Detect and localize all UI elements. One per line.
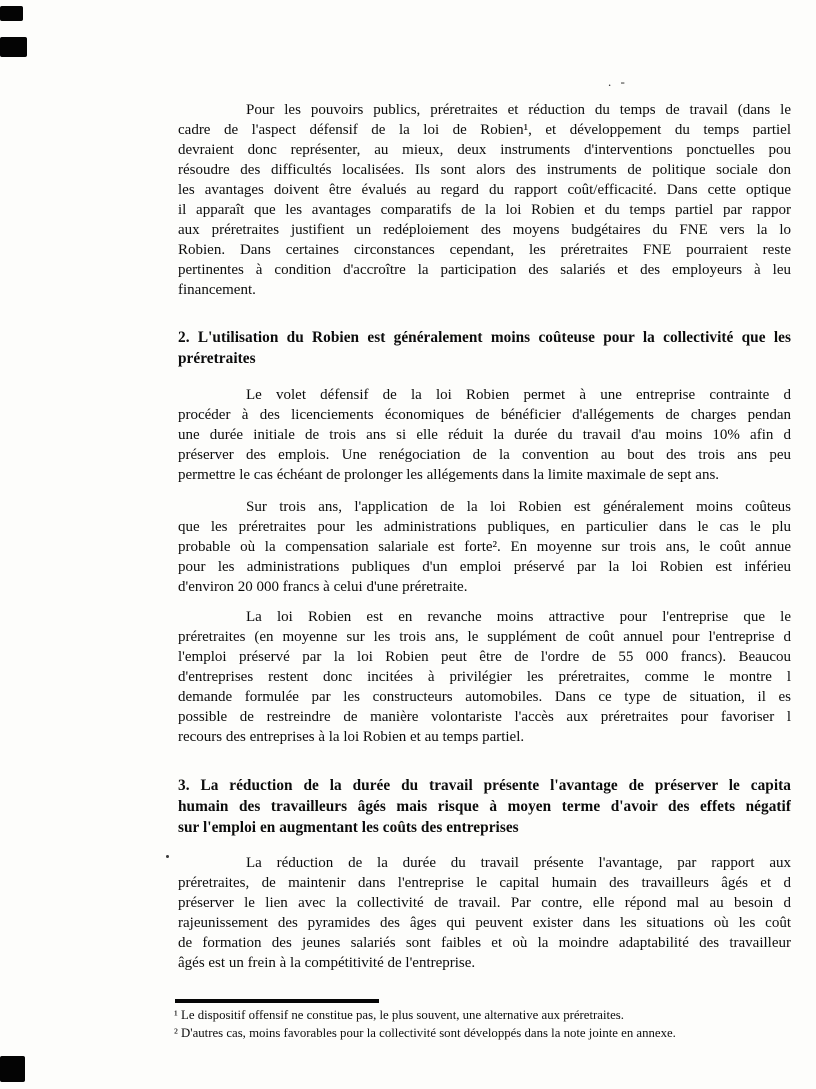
text-line: cadre de l'aspect défensif de la loi de …	[178, 120, 791, 140]
text-line: La réduction de la durée du travail prés…	[178, 853, 791, 873]
footnote-1: ¹ Le dispositif offensif ne constitue pa…	[174, 1007, 799, 1025]
text-line: rajeunissement des pyramides des âges qu…	[178, 913, 791, 933]
text-line: il apparaît que les avantages comparatif…	[178, 200, 791, 220]
heading-section-2: 2. L'utilisation du Robien est généralem…	[178, 327, 791, 369]
paragraph-1: Pour les pouvoirs publics, préretraites …	[178, 100, 791, 300]
text-line: une durée initiale de trois ans si elle …	[178, 425, 791, 445]
text-line: financement.	[178, 280, 791, 300]
text-line: d'entreprises restent donc incitées à pr…	[178, 667, 791, 687]
text-line: 3. La réduction de la durée du travail p…	[178, 775, 791, 796]
footnote-separator-rule	[175, 999, 379, 1003]
text-line: La loi Robien est en revanche moins attr…	[178, 607, 791, 627]
text-line: préretraites	[178, 348, 791, 369]
text-line: préretraites (en moyenne sur les trois a…	[178, 627, 791, 647]
photocopy-artifact-top-1	[0, 6, 23, 21]
text-column: Pour les pouvoirs publics, préretraites …	[178, 0, 791, 1089]
scanned-document-page: . - Pour les pouvoirs publics, préretrai…	[0, 0, 816, 1089]
text-line: résoudre des difficultés localisées. Ils…	[178, 160, 791, 180]
text-line: pertinentes à condition d'accroître la p…	[178, 260, 791, 280]
text-line: l'emploi préservé par la loi Robien peut…	[178, 647, 791, 667]
text-line: préserver des emplois. Une renégociation…	[178, 445, 791, 465]
heading-section-3: 3. La réduction de la durée du travail p…	[178, 775, 791, 838]
text-line: Robien. Dans certaines circonstances cep…	[178, 240, 791, 260]
text-line: d'environ 20 000 francs à celui d'une pr…	[178, 577, 791, 597]
text-line: Le volet défensif de la loi Robien perme…	[178, 385, 791, 405]
text-line: devraient donc représenter, au mieux, de…	[178, 140, 791, 160]
text-line: de formation des jeunes salariés sont fa…	[178, 933, 791, 953]
text-line: procéder à des licenciements économiques…	[178, 405, 791, 425]
footnotes: ¹ Le dispositif offensif ne constitue pa…	[174, 1007, 799, 1042]
text-line: préretraites, de maintenir dans l'entrep…	[178, 873, 791, 893]
text-line: possible de restreindre de manière volon…	[178, 707, 791, 727]
photocopy-artifact-top-2	[0, 37, 27, 57]
text-line: pour les administrations publiques d'un …	[178, 557, 791, 577]
text-line: 2. L'utilisation du Robien est généralem…	[178, 327, 791, 348]
text-line: âgés est un frein à la compétitivité de …	[178, 953, 791, 973]
paragraph-2: Le volet défensif de la loi Robien perme…	[178, 385, 791, 485]
text-line: les avantages doivent être évalués au re…	[178, 180, 791, 200]
text-line: demande formulée par les constructeurs a…	[178, 687, 791, 707]
text-line: Pour les pouvoirs publics, préretraites …	[178, 100, 791, 120]
footnote-2: ² D'autres cas, moins favorables pour la…	[174, 1025, 799, 1043]
paragraph-5: La réduction de la durée du travail prés…	[178, 853, 791, 973]
text-line: aux préretraites justifient un redéploie…	[178, 220, 791, 240]
text-line: probable où la compensation salariale es…	[178, 537, 791, 557]
paragraph-4: La loi Robien est en revanche moins attr…	[178, 607, 791, 747]
text-line: recours des entreprises à la loi Robien …	[178, 727, 791, 747]
photocopy-artifact-bottom	[0, 1056, 25, 1082]
paragraph-3: Sur trois ans, l'application de la loi R…	[178, 497, 791, 597]
text-line: humain des travailleurs âgés mais risque…	[178, 796, 791, 817]
text-line: Sur trois ans, l'application de la loi R…	[178, 497, 791, 517]
text-line: préserver le lien avec la collectivité d…	[178, 893, 791, 913]
text-line: sur l'emploi en augmentant les coûts des…	[178, 817, 791, 838]
text-line: permettre le cas échéant de prolonger le…	[178, 465, 791, 485]
text-line: que les préretraites pour les administra…	[178, 517, 791, 537]
ink-speck	[166, 855, 169, 858]
